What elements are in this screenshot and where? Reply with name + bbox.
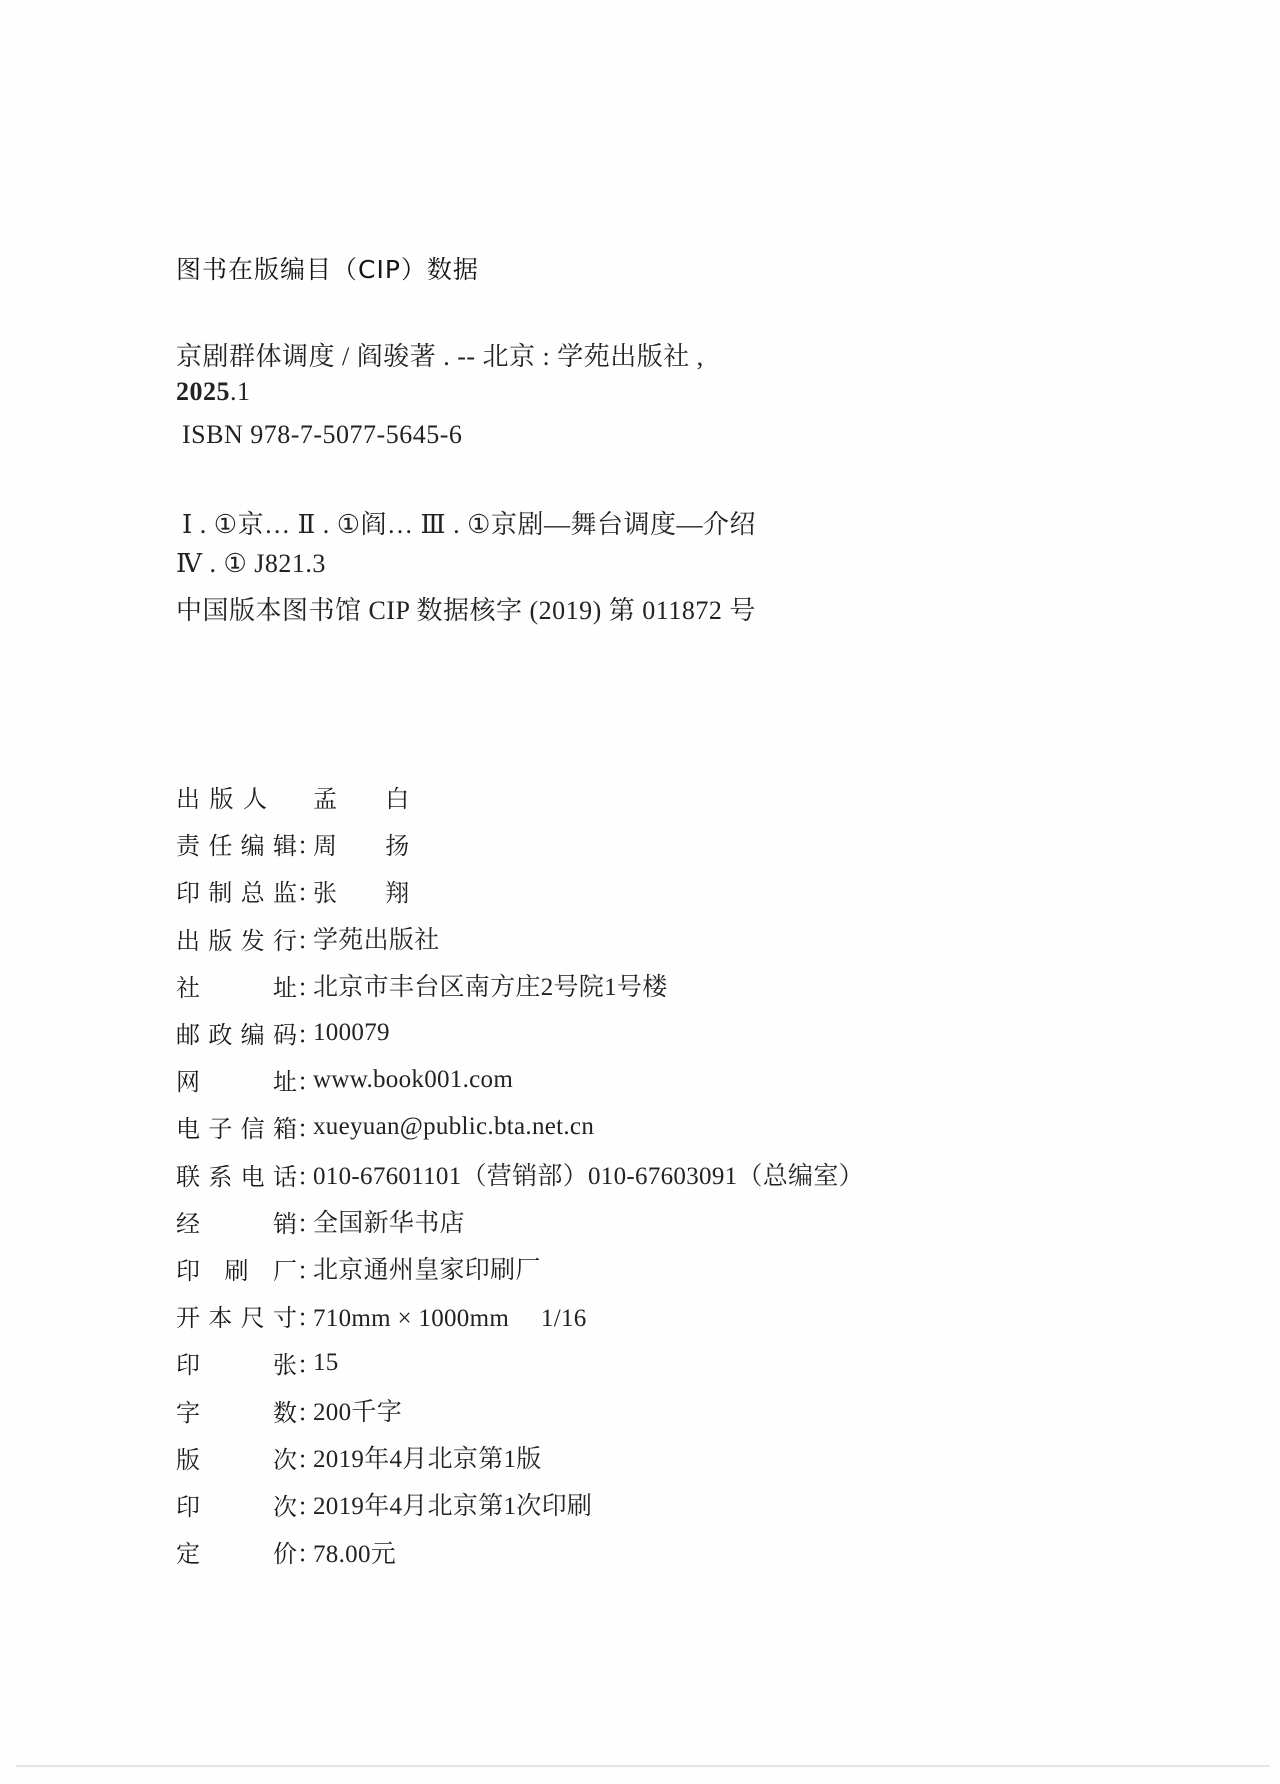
label-char: 版	[176, 1440, 200, 1475]
colophon-row: 责任编辑：周 扬	[176, 820, 864, 867]
colophon-table: 出版人孟 白责任编辑：周 扬印制总监：张 翔出版发行：学苑出版社社址：北京市丰台…	[176, 773, 864, 1575]
colophon-label-text: 电子信箱	[176, 1109, 297, 1144]
colophon-label-text: 印次	[176, 1487, 297, 1522]
colophon-row: 字数：200千字	[176, 1386, 864, 1433]
colophon-label-text: 社址	[176, 968, 297, 1003]
colophon-value: 周 扬	[313, 826, 410, 861]
cip-classification-line-2: Ⅳ . ① J821.3	[176, 549, 326, 579]
label-char: 码	[273, 1015, 297, 1050]
colophon-value: 200千字	[313, 1392, 402, 1428]
label-char: 辑	[273, 826, 297, 861]
colophon-label-colon: ：	[297, 1345, 313, 1380]
colophon-label-text: 出版发行	[176, 921, 297, 956]
label-char: 网	[176, 1062, 200, 1097]
label-char: 制	[208, 873, 232, 908]
label-char: 系	[208, 1157, 232, 1192]
label-char: 印	[176, 1487, 200, 1522]
cip-heading: 图书在版编目（CIP）数据	[176, 250, 479, 286]
cip-publication-year: 2025.1	[176, 377, 251, 407]
colophon-label-text: 开本尺寸	[176, 1298, 297, 1333]
label-char: 址	[273, 1062, 297, 1097]
label-char: 址	[273, 968, 297, 1003]
colophon-label: 邮政编码：	[176, 1015, 313, 1050]
colophon-label-colon: ：	[297, 1534, 313, 1569]
colophon-label: 印张：	[176, 1345, 313, 1380]
colophon-label-colon: ：	[297, 826, 313, 861]
colophon-value: 100079	[313, 1019, 390, 1047]
label-char: 政	[208, 1015, 232, 1050]
colophon-row: 电子信箱：xueyuan@public.bta.net.cn	[176, 1103, 864, 1150]
colophon-row: 邮政编码：100079	[176, 1009, 864, 1056]
label-char: 经	[176, 1204, 200, 1239]
colophon-label-text: 印制总监	[176, 873, 297, 908]
colophon-label: 印次：	[176, 1487, 313, 1522]
colophon-value: 张 翔	[313, 873, 410, 908]
colophon-label: 字数：	[176, 1393, 313, 1428]
label-char: 次	[273, 1440, 297, 1475]
label-char: 人	[243, 779, 267, 814]
colophon-label: 电子信箱：	[176, 1109, 313, 1144]
bottom-divider	[16, 1765, 1270, 1767]
colophon-row: 版次：2019年4月北京第1版	[176, 1434, 864, 1481]
label-char: 行	[273, 921, 297, 956]
colophon-row: 印制总监：张 翔	[176, 867, 864, 914]
colophon-label-colon: ：	[297, 1393, 313, 1428]
label-char: 数	[273, 1393, 297, 1428]
label-char: 寸	[273, 1298, 297, 1333]
label-char: 电	[241, 1157, 265, 1192]
colophon-label-text: 经销	[176, 1204, 297, 1239]
label-char: 价	[273, 1534, 297, 1569]
colophon-value: 孟 白	[313, 779, 410, 814]
colophon-label: 责任编辑：	[176, 826, 313, 861]
colophon-label-colon: ：	[297, 1487, 313, 1522]
colophon-label-colon: ：	[297, 873, 313, 908]
label-char: 印	[176, 1345, 200, 1380]
label-char: 版	[210, 779, 234, 814]
colophon-label: 出版发行：	[176, 921, 313, 956]
colophon-value: 学苑出版社	[313, 920, 440, 956]
label-char: 销	[273, 1204, 297, 1239]
cip-isbn: ISBN 978-7-5077-5645-6	[182, 420, 462, 450]
label-char: 电	[176, 1109, 200, 1144]
colophon-label-text: 字数	[176, 1393, 297, 1428]
colophon-row: 印张：15	[176, 1339, 864, 1386]
colophon-label-text: 联系电话	[176, 1157, 297, 1192]
colophon-value: 78.00元	[313, 1534, 396, 1570]
label-char: 开	[176, 1298, 200, 1333]
colophon-label-colon	[297, 779, 313, 814]
label-char: 社	[176, 968, 200, 1003]
colophon-label-colon: ：	[297, 1062, 313, 1097]
colophon-label: 网址：	[176, 1062, 313, 1097]
label-char: 总	[241, 873, 265, 908]
colophon-label: 印刷厂：	[176, 1251, 313, 1286]
colophon-value: xueyuan@public.bta.net.cn	[313, 1113, 594, 1141]
colophon-value: 北京通州皇家印刷厂	[313, 1250, 541, 1286]
label-char: 箱	[273, 1109, 297, 1144]
label-char: 张	[273, 1345, 297, 1380]
colophon-label-text: 出版人	[176, 779, 297, 814]
colophon-label-text: 版次	[176, 1440, 297, 1475]
label-char: 版	[208, 921, 232, 956]
colophon-row: 开本尺寸：710mm × 1000mm 1/16	[176, 1292, 864, 1339]
label-char: 本	[208, 1298, 232, 1333]
colophon-row: 印次：2019年4月北京第1次印刷	[176, 1481, 864, 1528]
year-month: .1	[230, 377, 251, 406]
colophon-label-colon: ：	[297, 1015, 313, 1050]
label-char: 印	[176, 1251, 200, 1286]
colophon-label-colon: ：	[297, 921, 313, 956]
colophon-value: 北京市丰台区南方庄2号院1号楼	[313, 967, 668, 1003]
colophon-value: 710mm × 1000mm 1/16	[313, 1298, 587, 1334]
year-main: 2025	[176, 377, 230, 406]
colophon-label-colon: ：	[297, 1298, 313, 1333]
label-char: 出	[176, 921, 200, 956]
label-char: 编	[241, 1015, 265, 1050]
colophon-label-text: 责任编辑	[176, 826, 297, 861]
cip-title-line: 京剧群体调度 / 阎骏著 . -- 北京 : 学苑出版社 ,	[176, 336, 704, 373]
label-char: 出	[176, 779, 200, 814]
colophon-label-text: 印刷厂	[176, 1251, 297, 1286]
colophon-row: 经销：全国新华书店	[176, 1198, 864, 1245]
colophon-value: 全国新华书店	[313, 1203, 465, 1239]
label-char: 刷	[225, 1251, 249, 1286]
colophon-label-colon: ：	[297, 1109, 313, 1144]
colophon-label-colon: ：	[297, 1204, 313, 1239]
colophon-value: www.book001.com	[313, 1066, 513, 1094]
copyright-page: 图书在版编目（CIP）数据 京剧群体调度 / 阎骏著 . -- 北京 : 学苑出…	[0, 0, 1280, 1784]
label-char: 监	[273, 873, 297, 908]
colophon-label-text: 邮政编码	[176, 1015, 297, 1050]
label-char: 任	[208, 826, 232, 861]
colophon-label-text: 印张	[176, 1345, 297, 1380]
label-char: 尺	[241, 1298, 265, 1333]
colophon-label: 出版人	[176, 779, 313, 814]
cip-record-number: 中国版本图书馆 CIP 数据核字 (2019) 第 011872 号	[176, 590, 756, 627]
colophon-label-text: 网址	[176, 1062, 297, 1097]
label-char: 厂	[273, 1251, 297, 1286]
colophon-label-colon: ：	[297, 1157, 313, 1192]
colophon-value: 010-67601101（营销部）010-67603091（总编室）	[313, 1156, 864, 1192]
colophon-label: 版次：	[176, 1440, 313, 1475]
colophon-label: 联系电话：	[176, 1157, 313, 1192]
label-char: 字	[176, 1393, 200, 1428]
colophon-label: 定价：	[176, 1534, 313, 1569]
colophon-row: 定价：78.00元	[176, 1528, 864, 1575]
colophon-label: 印制总监：	[176, 873, 313, 908]
colophon-label-colon: ：	[297, 1440, 313, 1475]
colophon-row: 出版发行：学苑出版社	[176, 915, 864, 962]
label-char: 子	[208, 1109, 232, 1144]
colophon-row: 联系电话：010-67601101（营销部）010-67603091（总编室）	[176, 1151, 864, 1198]
colophon-label: 经销：	[176, 1204, 313, 1239]
label-char: 定	[176, 1534, 200, 1569]
label-char: 印	[176, 873, 200, 908]
cip-classification-line-1: Ⅰ . ①京… Ⅱ . ①阎… Ⅲ . ①京剧—舞台调度—介绍	[182, 504, 756, 541]
colophon-value: 15	[313, 1349, 339, 1377]
label-char: 邮	[176, 1015, 200, 1050]
colophon-row: 印刷厂：北京通州皇家印刷厂	[176, 1245, 864, 1292]
colophon-label: 开本尺寸：	[176, 1298, 313, 1333]
colophon-label-colon: ：	[297, 968, 313, 1003]
colophon-row: 社址：北京市丰台区南方庄2号院1号楼	[176, 962, 864, 1009]
colophon-value: 2019年4月北京第1版	[313, 1439, 542, 1475]
label-char: 话	[273, 1157, 297, 1192]
label-char: 编	[241, 826, 265, 861]
label-char: 联	[176, 1157, 200, 1192]
colophon-row: 出版人孟 白	[176, 773, 864, 820]
colophon-value: 2019年4月北京第1次印刷	[313, 1486, 592, 1522]
label-char: 信	[241, 1109, 265, 1144]
colophon-row: 网址：www.book001.com	[176, 1056, 864, 1103]
colophon-label-text: 定价	[176, 1534, 297, 1569]
colophon-label-colon: ：	[297, 1251, 313, 1286]
label-char: 次	[273, 1487, 297, 1522]
label-char: 责	[176, 826, 200, 861]
label-char: 发	[241, 921, 265, 956]
colophon-label: 社址：	[176, 968, 313, 1003]
